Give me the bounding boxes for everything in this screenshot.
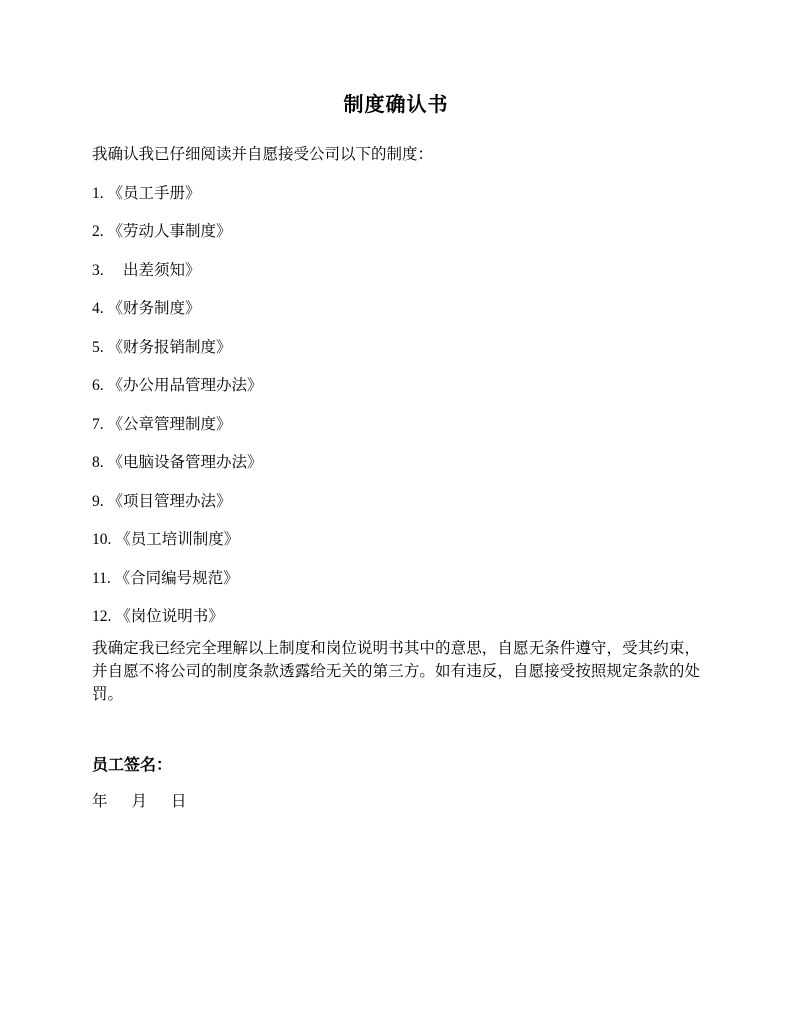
list-item: 8. 《电脑设备管理办法》 (92, 453, 700, 473)
list-item: 1. 《员工手册》 (92, 184, 700, 204)
list-item: 2. 《劳动人事制度》 (92, 222, 700, 242)
list-item: 6. 《办公用品管理办法》 (92, 376, 700, 396)
list-item: 11. 《合同编号规范》 (92, 569, 700, 589)
list-item: 3. 出差须知》 (92, 261, 700, 281)
policy-list: 1. 《员工手册》 2. 《劳动人事制度》 3. 出差须知》 4. 《财务制度》… (92, 184, 700, 628)
date-line: 年 月 日 (92, 792, 700, 812)
list-item: 9. 《项目管理办法》 (92, 492, 700, 512)
closing-paragraph: 我确定我已经完全理解以上制度和岗位说明书其中的意思，自愿无条件遵守，受其约束，并… (92, 637, 700, 706)
date-month-label: 月 (132, 792, 148, 812)
intro-line: 我确认我已仔细阅读并自愿接受公司以下的制度： (92, 145, 700, 165)
list-item: 12. 《岗位说明书》 (92, 607, 700, 627)
list-item: 7. 《公章管理制度》 (92, 415, 700, 435)
document-page: 制度确认书 我确认我已仔细阅读并自愿接受公司以下的制度： 1. 《员工手册》 2… (0, 0, 792, 1025)
list-item: 5. 《财务报销制度》 (92, 338, 700, 358)
list-item: 10. 《员工培训制度》 (92, 530, 700, 550)
date-year-label: 年 (92, 792, 108, 812)
date-day-label: 日 (171, 792, 187, 812)
signature-label: 员工签名： (92, 756, 700, 776)
list-item: 4. 《财务制度》 (92, 299, 700, 319)
page-title: 制度确认书 (92, 0, 700, 116)
